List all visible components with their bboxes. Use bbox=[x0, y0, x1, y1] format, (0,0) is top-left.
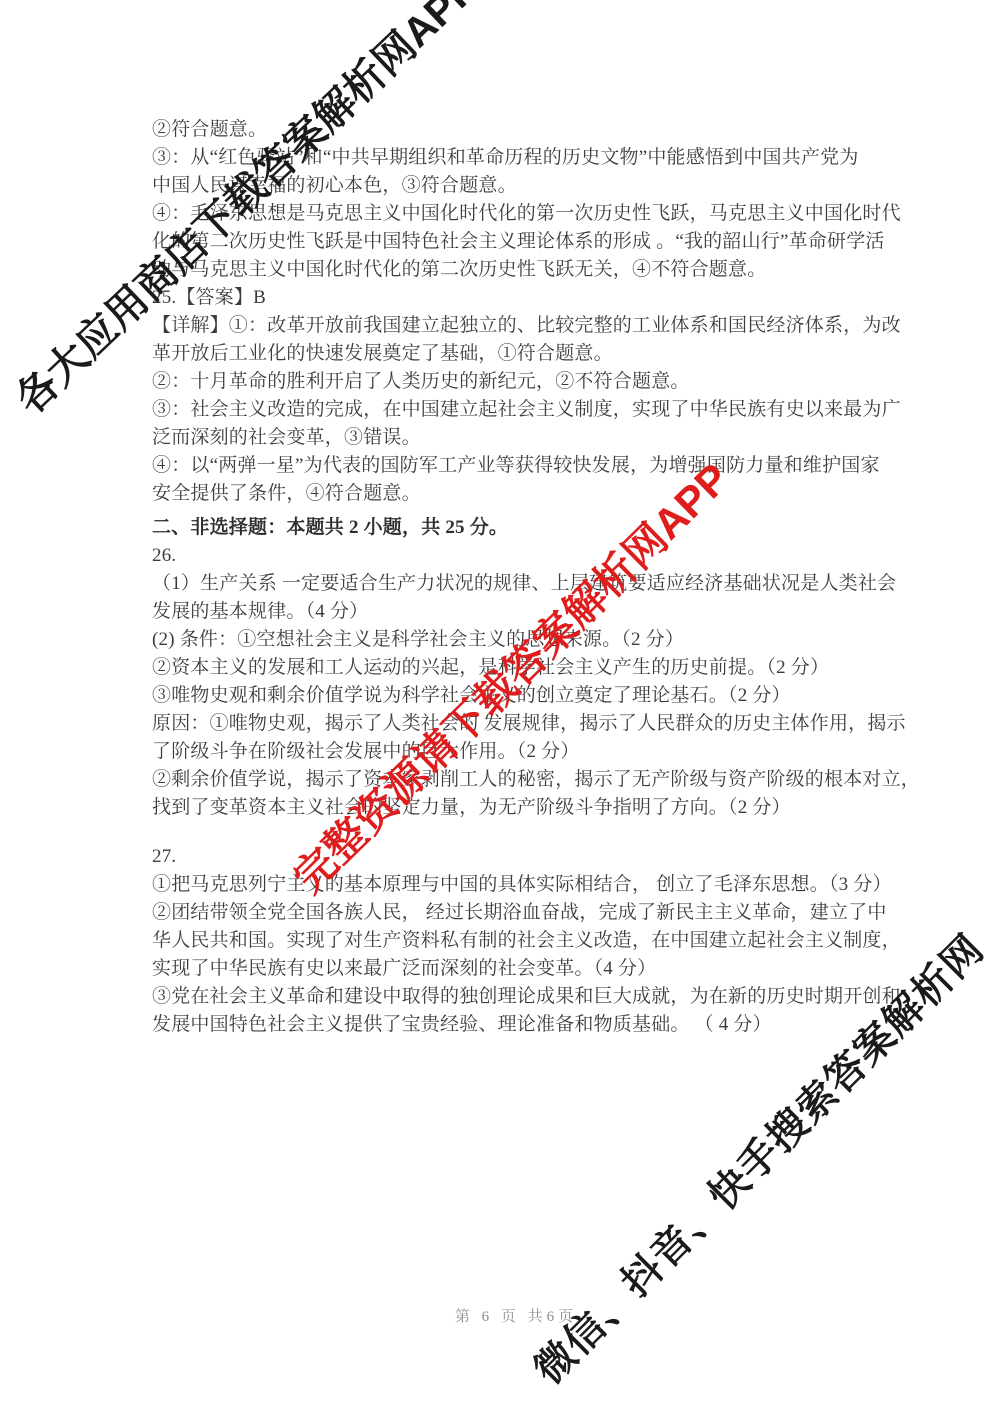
text-line: 发展的基本规律。（4 分） bbox=[152, 598, 882, 626]
text-line: 找到了变革资本主义社会的坚定力量，为无产阶级斗争指明了方向。（2 分） bbox=[152, 794, 882, 822]
text-line: （1）生产关系 一定要适合生产力状况的规律、上层建筑要适应经济基础状况是人类社会 bbox=[152, 570, 882, 598]
text-line: ①把马克思列宁主义的基本原理与中国的具体实际相结合， 创立了毛泽东思想。（3 分… bbox=[152, 871, 882, 899]
text-line: ③：从“红色驿站”和“中共早期组织和革命历程的历史文物”中能感悟到中国共产党为 bbox=[152, 144, 882, 172]
text-line: ④：以“两弹一星”为代表的国防军工产业等获得较快发展，为增强国防力量和维护国家 bbox=[152, 452, 882, 480]
text-line: 化的第二次历史性飞跃是中国特色社会主义理论体系的形成 。“我的韶山行”革命研学活 bbox=[152, 228, 882, 256]
text-line: ③唯物史观和剩余价值学说为科学社会主义的创立奠定了理论基石。（2 分） bbox=[152, 682, 882, 710]
text-line: ③党在社会主义革命和建设中取得的独创理论成果和巨大成就，为在新的历史时期开创和 bbox=[152, 983, 882, 1011]
text-line: 二、非选择题：本题共 2 小题，共 25 分。 bbox=[152, 514, 882, 542]
text-line: 25.【答案】B bbox=[152, 284, 882, 312]
text-line: 动与马克思主义中国化时代化的第二次历史性飞跃无关，④不符合题意。 bbox=[152, 256, 882, 284]
text-line: 27. bbox=[152, 843, 882, 871]
text-line: ②剩余价值学说，揭示了资本家剥削工人的秘密，揭示了无产阶级与资产阶级的根本对立， bbox=[152, 766, 882, 794]
answer-text-block: ②符合题意。③：从“红色驿站”和“中共早期组织和革命历程的历史文物”中能感悟到中… bbox=[152, 116, 882, 1039]
text-line: (2) 条件：①空想社会主义是科学社会主义的思想来源。（2 分） bbox=[152, 626, 882, 654]
page-number-footer: 第 6 页 共6页 bbox=[16, 1305, 1000, 1326]
text-line: ②：十月革命的胜利开启了人类历史的新纪元，②不符合题意。 bbox=[152, 368, 882, 396]
text-line: 实现了中华民族有史以来最广泛而深刻的社会变革。（4 分） bbox=[152, 955, 882, 983]
text-line: ③：社会主义改造的完成，在中国建立起社会主义制度，实现了中华民族有史以来最为广 bbox=[152, 396, 882, 424]
text-line: 了阶级斗争在阶级社会发展中的巨大作用。（2 分） bbox=[152, 738, 882, 766]
text-line: 中国人民谋幸福的初心本色，③符合题意。 bbox=[152, 172, 882, 200]
text-line: 革开放后工业化的快速发展奠定了基础，①符合题意。 bbox=[152, 340, 882, 368]
text-line: 泛而深刻的社会变革，③错误。 bbox=[152, 424, 882, 452]
text-line: ④：毛泽东思想是马克思主义中国化时代化的第一次历史性飞跃，马克思主义中国化时代 bbox=[152, 200, 882, 228]
text-line: 26. bbox=[152, 542, 882, 570]
text-line: 【详解】①：改革开放前我国建立起独立的、比较完整的工业体系和国民经济体系，为改 bbox=[152, 312, 882, 340]
text-line: ②资本主义的发展和工人运动的兴起，是科学社会主义产生的历史前提。（2 分） bbox=[152, 654, 882, 682]
text-line: ②团结带领全党全国各族人民， 经过长期浴血奋战，完成了新民主主义革命，建立了中 bbox=[152, 899, 882, 927]
text-line: ②符合题意。 bbox=[152, 116, 882, 144]
text-line: 安全提供了条件，④符合题意。 bbox=[152, 480, 882, 508]
scanned-answer-page: ②符合题意。③：从“红色驿站”和“中共早期组织和革命历程的历史文物”中能感悟到中… bbox=[0, 0, 1000, 1414]
text-line: 原因：①唯物史观，揭示了人类社会的 发展规律，揭示了人民群众的历史主体作用，揭示 bbox=[152, 710, 882, 738]
text-line: 发展中国特色社会主义提供了宝贵经验、理论准备和物质基础。 （ 4 分） bbox=[152, 1011, 882, 1039]
text-line: 华人民共和国。实现了对生产资料私有制的社会主义改造，在中国建立起社会主义制度， bbox=[152, 927, 882, 955]
